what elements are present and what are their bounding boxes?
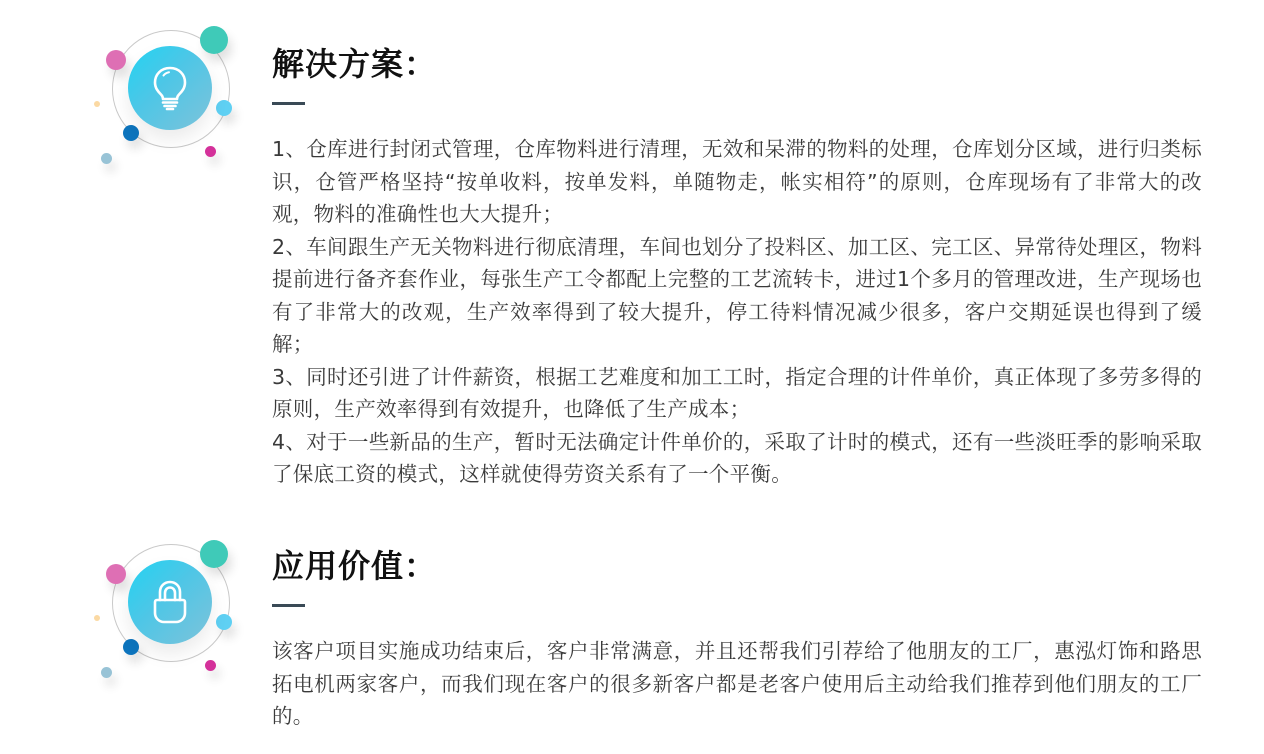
decorative-dot-grey bbox=[101, 153, 112, 164]
section-heading: 解决方案： bbox=[272, 40, 1202, 88]
decorative-dot-pink bbox=[106, 564, 126, 584]
solution-point-4: 4、对于一些新品的生产，暂时无法确定计件单价的，采取了计时的模式，还有一些淡旺季… bbox=[272, 426, 1202, 491]
value-icon-cluster bbox=[86, 536, 246, 706]
value-description: 该客户项目实施成功结束后，客户非常满意，并且还帮我们引荐给了他朋友的工厂，惠泓灯… bbox=[272, 635, 1202, 733]
decorative-dot-teal bbox=[200, 540, 228, 568]
padlock-icon bbox=[128, 560, 212, 644]
solution-section: 解决方案： 1、仓库进行封闭式管理，仓库物料进行清理，无效和呆滞的物料的处理，仓… bbox=[0, 0, 1264, 500]
decorative-dot-pink bbox=[106, 50, 126, 70]
value-section: 应用价值： 该客户项目实施成功结束后，客户非常满意，并且还帮我们引荐给了他朋友的… bbox=[0, 510, 1264, 754]
decorative-dot-peach bbox=[94, 101, 100, 107]
solution-point-3: 3、同时还引进了计件薪资，根据工艺难度和加工工时，指定合理的计件单价，真正体现了… bbox=[272, 361, 1202, 426]
decorative-dot-magenta bbox=[205, 660, 216, 671]
decorative-dot-navy bbox=[123, 125, 139, 141]
decorative-dot-navy bbox=[123, 639, 139, 655]
decorative-dot-sky bbox=[216, 614, 232, 630]
value-content: 应用价值： 该客户项目实施成功结束后，客户非常满意，并且还帮我们引荐给了他朋友的… bbox=[272, 542, 1202, 733]
decorative-dot-magenta bbox=[205, 146, 216, 157]
decorative-dot-peach bbox=[94, 615, 100, 621]
solution-icon-cluster bbox=[86, 22, 246, 192]
decorative-dot-sky bbox=[216, 100, 232, 116]
decorative-dot-grey bbox=[101, 667, 112, 678]
heading-underline bbox=[272, 604, 305, 607]
lightbulb-icon bbox=[128, 46, 212, 130]
decorative-dot-teal bbox=[200, 26, 228, 54]
solution-content: 解决方案： 1、仓库进行封闭式管理，仓库物料进行清理，无效和呆滞的物料的处理，仓… bbox=[272, 40, 1202, 491]
solution-point-1: 1、仓库进行封闭式管理，仓库物料进行清理，无效和呆滞的物料的处理，仓库划分区域，… bbox=[272, 133, 1202, 231]
section-heading: 应用价值： bbox=[272, 542, 1202, 590]
heading-underline bbox=[272, 102, 305, 105]
solution-point-2: 2、车间跟生产无关物料进行彻底清理，车间也划分了投料区、加工区、完工区、异常待处… bbox=[272, 231, 1202, 361]
